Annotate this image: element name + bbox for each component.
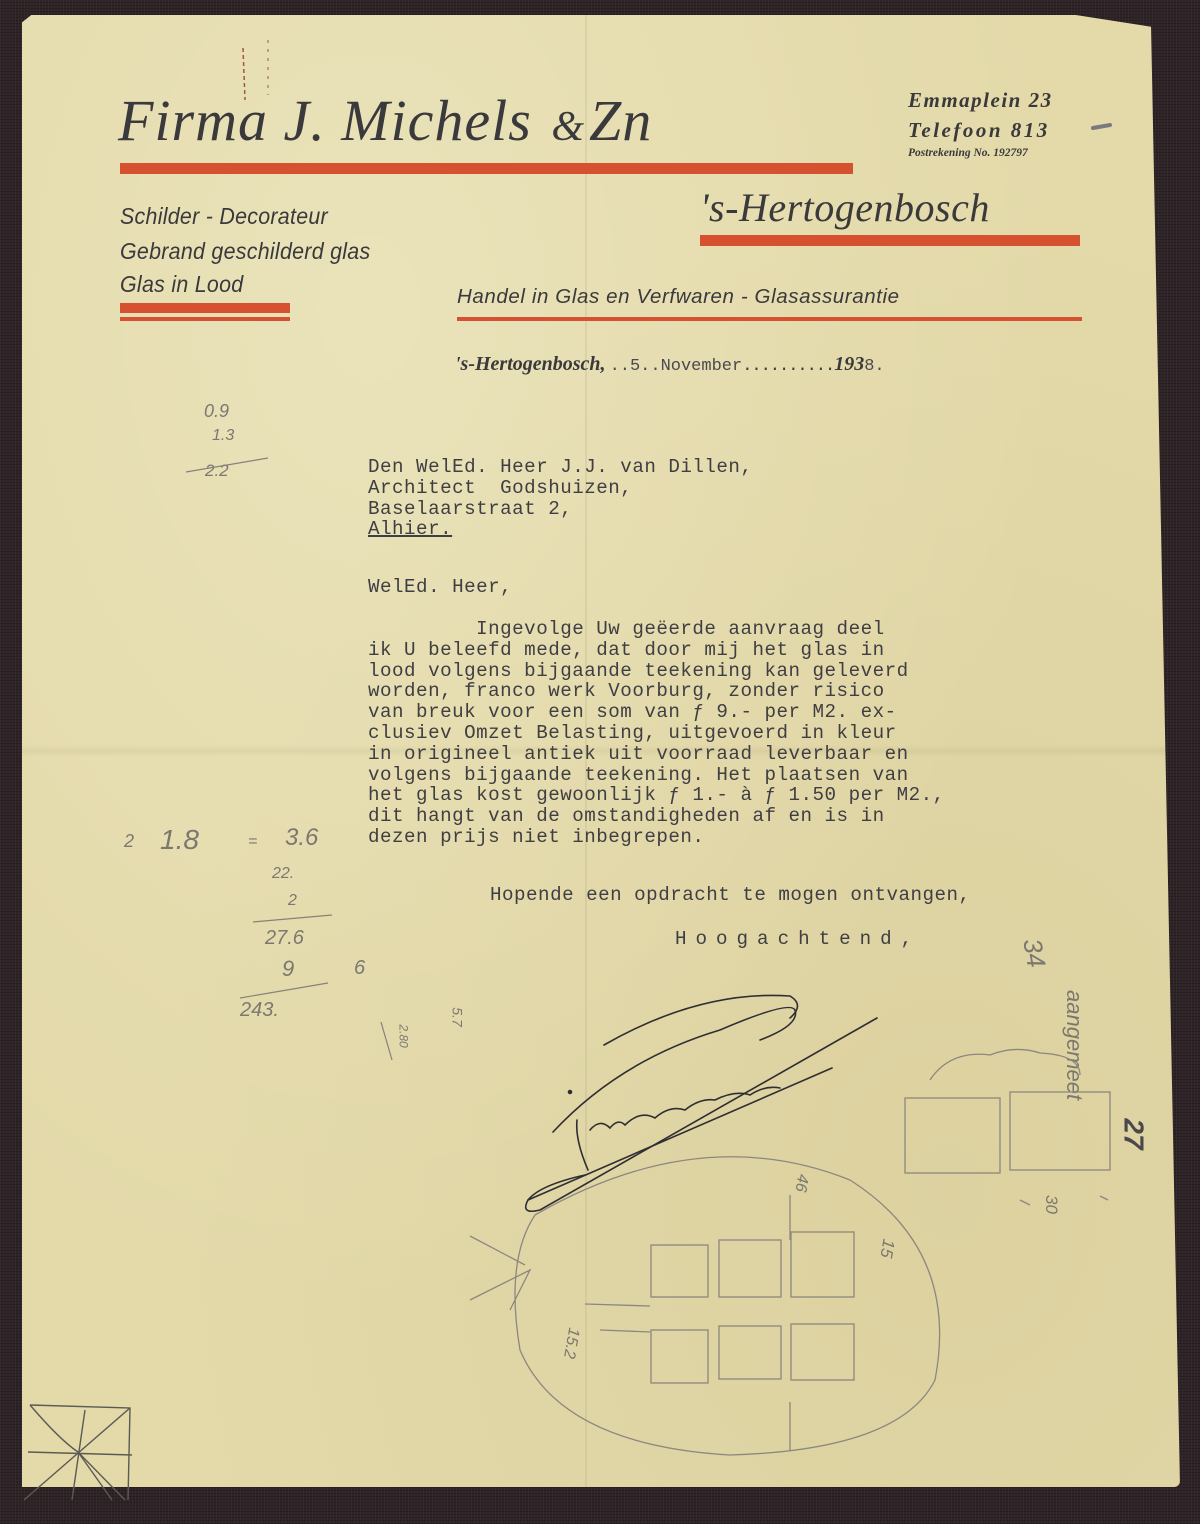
trade-underline-thick	[120, 303, 290, 313]
pencil-calc-top-2: 1.3	[212, 428, 234, 444]
body-line: dezen prijs niet inbegrepen.	[368, 827, 945, 848]
letter-body: Ingevolge Uw geëerde aanvraag deelik U b…	[368, 619, 945, 848]
recipient-name: Den WelEd. Heer J.J. van Dillen,	[368, 457, 752, 478]
firm-name-suffix: Zn	[589, 88, 652, 153]
trade-underline-thin	[120, 317, 290, 321]
dateline-dots: ..........	[742, 357, 834, 376]
body-line: clusiev Omzet Belasting, uitgevoerd in k…	[368, 723, 945, 744]
trade-line-2: Gebrand geschilderd glas	[120, 240, 370, 263]
body-line: dit hangt van de omstandigheden af en is…	[368, 806, 945, 827]
trade-line-3: Glas in Lood	[120, 273, 243, 296]
city-underline	[700, 235, 1080, 246]
pencil-sketch-15: 15	[877, 1238, 897, 1260]
pencil-calc-top-1: 0.9	[204, 402, 229, 420]
giro-text: Postrekening No. 192797	[908, 148, 1028, 160]
recipient-city: Alhier.	[368, 519, 752, 540]
firm-name-underline	[120, 163, 853, 174]
pencil-col-3: 27.6	[265, 928, 304, 948]
pencil-calc-left-c: =	[248, 834, 257, 850]
pencil-dim-30: 30	[1043, 1195, 1060, 1214]
dateline-place: 's-Hertogenbosch,	[455, 353, 606, 375]
body-line: het glas kost gewoonlijk ƒ 1.- à ƒ 1.50 …	[368, 785, 945, 806]
body-line: ik U beleefd mede, dat door mij het glas…	[368, 640, 945, 661]
trade-line-1: Schilder - Decorateur	[120, 205, 328, 228]
pencil-calc-left-a: 2	[124, 832, 134, 850]
pencil-calc-left-d: 3.6	[285, 826, 318, 850]
pencil-right-word: aangemeet	[1063, 990, 1085, 1100]
body-line: in origineel antiek uit voorraad leverba…	[368, 744, 945, 765]
phone-text: Telefoon 813	[908, 120, 1050, 141]
salutation: WelEd. Heer,	[368, 577, 512, 598]
pencil-small-rotated-1: 2.80	[398, 1024, 410, 1047]
closing-line: Hopende een opdracht te mogen ontvangen,	[490, 885, 971, 906]
dateline-year-typed: 8.	[864, 357, 884, 376]
pencil-col-5: 6	[354, 958, 365, 978]
address-text: Emmaplein 23	[908, 90, 1053, 111]
pencil-calc-left-b: 1.8	[160, 826, 199, 854]
recipient-street: Baselaarstraat 2,	[368, 499, 752, 520]
recipient-title: Architect Godshuizen,	[368, 478, 752, 499]
body-line: lood volgens bijgaande teekening kan gel…	[368, 661, 945, 682]
tagline: Handel in Glas en Verfwaren - Glasassura…	[457, 287, 900, 308]
firm-name: Firma J. Michels &Zn	[118, 92, 652, 150]
body-line: worden, franco werk Voorburg, zonder ris…	[368, 681, 945, 702]
pencil-col-6: 243.	[240, 1000, 279, 1020]
body-line: van breuk voor een som van ƒ 9.- per M2.…	[368, 702, 945, 723]
pencil-col-4: 9	[282, 958, 294, 980]
recipient-block: Den WelEd. Heer J.J. van Dillen,Architec…	[368, 457, 752, 540]
pencil-dim-27: 27	[1120, 1118, 1148, 1149]
pencil-col-1: 22.	[272, 866, 294, 882]
pencil-calc-top-3: 2.2	[205, 462, 229, 479]
city-heading: 's-Hertogenbosch	[700, 188, 990, 228]
pencil-col-2: 2	[288, 893, 297, 909]
body-line: volgens bijgaande teekening. Het plaatse…	[368, 765, 945, 786]
firm-name-ampersand: &	[551, 104, 585, 150]
regards-line: Hoogachtend,	[675, 929, 921, 950]
pencil-sketch-46: 46	[791, 1173, 810, 1193]
dateline-date: ..5..November	[610, 357, 743, 376]
dateline: 's-Hertogenbosch, ..5..November.........…	[455, 354, 885, 375]
body-line: Ingevolge Uw geëerde aanvraag deel	[368, 619, 945, 640]
pencil-small-rotated-2: 5.7	[451, 1007, 465, 1026]
pencil-right-number: 34	[1019, 937, 1050, 970]
dateline-year-printed: 193	[834, 353, 864, 375]
tagline-underline	[457, 317, 1082, 321]
firm-name-main: Firma J. Michels	[118, 88, 532, 153]
